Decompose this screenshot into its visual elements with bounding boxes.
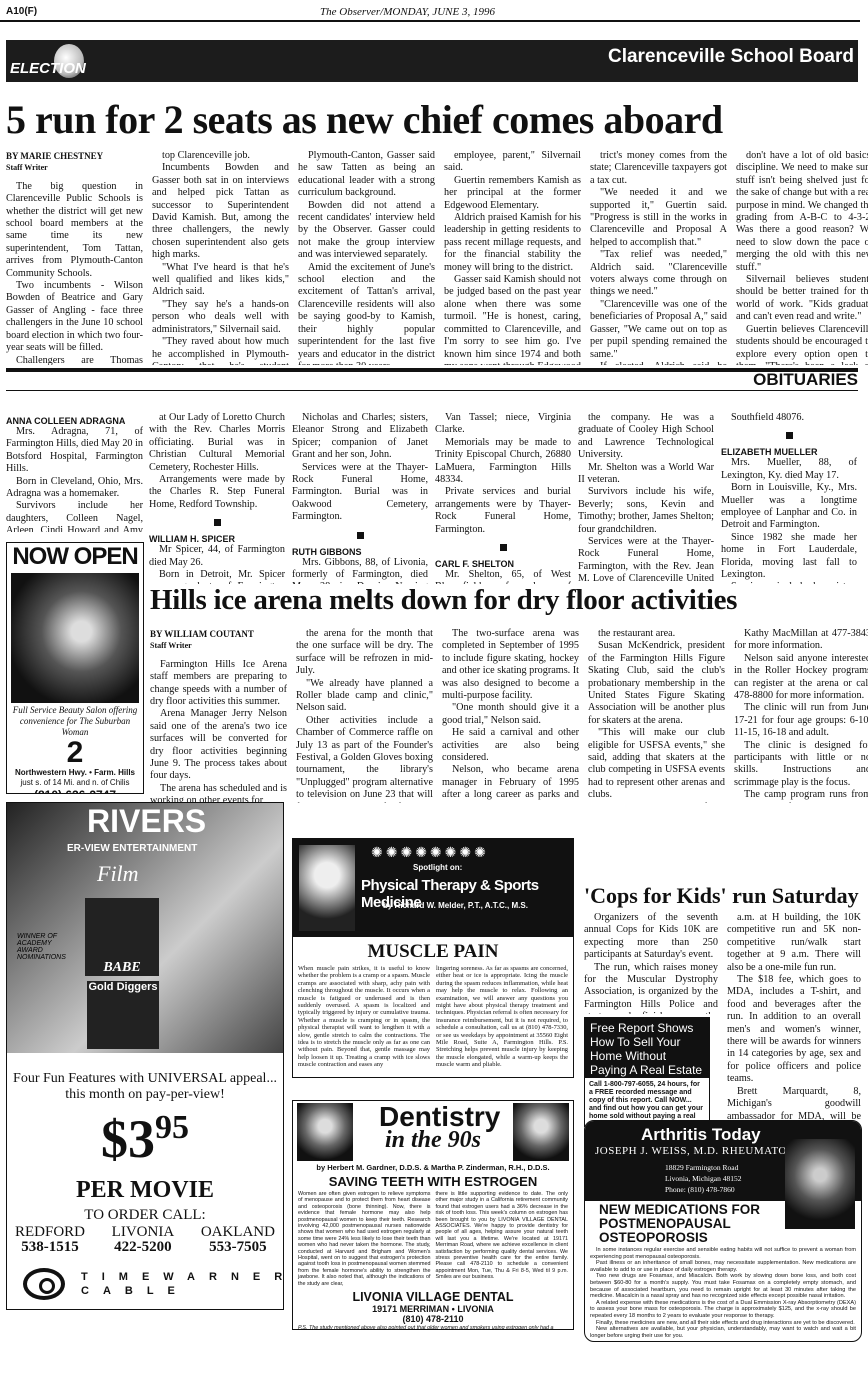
rivers-features: Four Fun Features with UNIVERSAL appeal.… <box>7 1071 283 1103</box>
city-phone: 422-5200 <box>112 1240 174 1255</box>
obit-paragraph: Services were at the Thayer-Rock Funeral… <box>292 462 428 524</box>
obit-paragraph: Born in Cleveland, Ohio, Mrs. Adragna wa… <box>6 476 143 501</box>
paragraph: Amid the excitement of June's school ele… <box>298 262 435 365</box>
obit-name: Anna Colleen Adragna <box>6 416 143 426</box>
arthritis-paragraph: In some instances regular exercise and s… <box>590 1247 856 1260</box>
separator-square-icon <box>357 532 364 539</box>
dental-address: 19171 MERRIMAN • LIVONIA <box>293 1304 573 1314</box>
arthritis-body: In some instances regular exercise and s… <box>585 1245 861 1341</box>
arthritis-doctor-photo <box>785 1139 855 1229</box>
city-livonia[interactable]: LIVONIA422-5200 <box>112 1225 174 1255</box>
paragraph: the arena for the month that the one sur… <box>296 628 433 678</box>
paragraph: The $18 fee, which goes to MDA, includes… <box>727 974 861 1086</box>
dent-col1: Women are often given estrogen to reliev… <box>298 1191 431 1287</box>
obit-paragraph: Services were at the Thayer-Rock Funeral… <box>578 536 714 584</box>
obit-column: at Our Lady of Loretto Church with the R… <box>149 412 285 584</box>
obit-paragraph: Born in Detroit, Mr. Spicer was a gradua… <box>149 569 285 584</box>
obit-paragraph: Mr Spicer, 44, of Farmington died May 26… <box>149 544 285 569</box>
obit-paragraph: Survivors include her sister-in-law, Hel… <box>721 581 857 584</box>
column: employee, parent," Silvernail said.Guert… <box>444 150 581 365</box>
column: The two-surface arena was completed in S… <box>442 628 579 803</box>
obit-paragraph: Memorials may be made to Trinity Episcop… <box>435 437 571 487</box>
obit-paragraph: Born in Louisville, Ky., Mrs. Mueller wa… <box>721 482 857 532</box>
paragraph: "What I've heard is that he's well quali… <box>152 262 289 299</box>
obit-column: Anna Colleen AdragnaMrs. Adragna, 71, of… <box>6 412 143 532</box>
city-phone: 553-7505 <box>201 1240 275 1255</box>
obit-paragraph: Van Tassel; niece, Virginia Clarke. <box>435 412 571 437</box>
obit-paragraph: at Our Lady of Loretto Church with the R… <box>149 412 285 474</box>
page-folio: A10(F) <box>6 6 37 17</box>
column: By William CoutantStaff WriterFarmington… <box>150 628 287 803</box>
price-cents: 95 <box>155 1109 189 1146</box>
paragraph: Guertin remembers Kamish as her principa… <box>444 175 581 212</box>
obit-name: Ruth Gibbons <box>292 547 428 557</box>
obit-paragraph: Arrangements were made by the Charles R.… <box>149 474 285 511</box>
salon-photo <box>11 573 139 703</box>
byline: By William Coutant <box>150 628 287 640</box>
banner-label: ELECTION <box>10 60 86 77</box>
paragraph: Incumbents Bowden and Gasser both sat in… <box>152 162 289 261</box>
column: don't have a lot of old basics, discipli… <box>736 150 868 365</box>
obit-column: Nicholas and Charles; sisters, Eleanor S… <box>292 412 428 584</box>
arthritis-addr1: 18829 Farmington Road <box>665 1163 738 1172</box>
paragraph: The two-surface arena was completed in S… <box>442 628 579 702</box>
salon-address: Northwestern Hwy. • Farm. Hills <box>7 768 143 778</box>
dent-col2: there is little supporting evidence to d… <box>436 1191 569 1287</box>
order-cities: REDFORD538-1515 LIVONIA422-5200 OAKLAND5… <box>15 1225 275 1255</box>
column: a.m. at H building, the 10K competitive … <box>727 912 861 1122</box>
arthritis-paragraph: A related expense with these medications… <box>590 1300 856 1320</box>
obit-paragraph: Mrs. Adragna, 71, of Farmington Hills, d… <box>6 426 143 476</box>
arthritis-paragraph: Past illness or an inheritance of small … <box>590 1260 856 1273</box>
dental-brand: LIVONIA VILLAGE DENTAL <box>293 1290 573 1304</box>
obit-paragraph: Mr. Shelton, 65, of West Bloomfield, for… <box>435 569 571 584</box>
paragraph: a.m. at H building, the 10K competitive … <box>727 912 861 974</box>
paragraph: "Tax relief was needed," Aldrich said. "… <box>590 249 727 299</box>
arthritis-paragraph: Finally, these medicines are new, and al… <box>590 1320 856 1327</box>
obit-paragraph: Mr. Shelton was a World War II veteran. <box>578 462 714 487</box>
arthritis-ad[interactable]: Arthritis Today JOSEPH J. WEISS, M.D. RH… <box>584 1120 862 1342</box>
brand-line1: TIMEWARNER <box>81 1270 284 1284</box>
obit-name: Elizabeth Mueller <box>721 447 857 457</box>
obit-paragraph: the company. He was a graduate of Cooley… <box>578 412 714 462</box>
rivers-award: WINNER OF ACADEMY AWARD NOMINATIONS <box>17 933 77 961</box>
timewarner-logo: TIMEWARNERCABLE <box>23 1268 284 1300</box>
separator-square-icon <box>786 432 793 439</box>
pt-header: ✺✺✺✺✺✺✺✺ Spotlight on: Physical Therapy … <box>293 839 573 937</box>
paragraph: Bowden did not attend a recent candidate… <box>298 200 435 262</box>
pt-spotlight: Spotlight on: <box>413 863 462 872</box>
poster-babe: BABE <box>85 898 159 976</box>
column: trict's money comes from the state; Clar… <box>590 150 727 365</box>
obit-paragraph: Since 1982 she made her home in Fort Lau… <box>721 532 857 582</box>
obit-paragraph: Southfield 48076. <box>721 412 857 424</box>
story1-headline: 5 run for 2 seats as new chief comes abo… <box>6 96 723 143</box>
paragraph: Silvernail believes students should be b… <box>736 274 868 324</box>
dateline: The Observer/MONDAY, JUNE 3, 1996 <box>320 6 495 18</box>
paragraph: The clinic is designed for participants … <box>734 740 868 790</box>
column: By Marie ChestneyStaff WriterThe big que… <box>6 150 143 365</box>
dentistry-headline: SAVING TEETH WITH ESTROGEN <box>293 1174 573 1189</box>
section-banner: ELECTION Clarenceville School Board <box>6 40 858 82</box>
dental-phone: (810) 478-2110 <box>293 1314 573 1324</box>
column: Kathy MacMillan at 477-3843 for more inf… <box>734 628 868 803</box>
arthritis-addr2: Livonia, Michigan 48152 <box>665 1174 741 1183</box>
paragraph: the restaurant area. <box>588 628 725 640</box>
byline: By Marie Chestney <box>6 150 143 162</box>
paragraph: Challengers are Thomas Aldrich of Brentw… <box>6 355 143 366</box>
arthritis-paragraph: Two new drugs are Fosamax, and Miacalcin… <box>590 1273 856 1299</box>
city-oakland[interactable]: OAKLAND553-7505 <box>201 1225 275 1255</box>
timewarner-ad[interactable]: RIVERS ER-VIEW ENTERTAINMENT Film WINNER… <box>6 802 284 1310</box>
dentistry-ad[interactable]: Dentistry in the 90s by Herbert M. Gardn… <box>292 1100 574 1330</box>
paragraph: He said a carnival and other activities … <box>442 727 579 764</box>
column: top Clarenceville job.Incumbents Bowden … <box>152 150 289 365</box>
obit-paragraph: Mrs. Gibbons, 88, of Livonia, formerly o… <box>292 557 428 584</box>
banner-section: Clarenceville School Board <box>608 46 854 68</box>
story2-headline: Hills ice arena melts down for dry floor… <box>150 584 737 617</box>
city-name: OAKLAND <box>201 1224 275 1240</box>
paragraph: The big question in Clarenceville Public… <box>6 181 143 280</box>
paragraph: top Clarenceville job. <box>152 150 289 162</box>
rivers-title: RIVERS <box>87 803 206 840</box>
paragraph: The arena has scheduled and is working o… <box>150 783 287 803</box>
physical-therapy-ad[interactable]: ✺✺✺✺✺✺✺✺ Spotlight on: Physical Therapy … <box>292 838 574 1078</box>
obit-name: Carl F. Shelton <box>435 559 571 569</box>
obit-paragraph: Survivors include her daughters, Colleen… <box>6 500 143 532</box>
price: $395 <box>7 1108 283 1170</box>
paragraph: "One month should give it a good trial,"… <box>442 702 579 727</box>
realestate-headline: Free Report Shows How To Sell Your Home … <box>585 1018 709 1078</box>
dentistry-subtitle: in the 90s <box>385 1127 481 1154</box>
paragraph: Organizers of the seventh annual Cops fo… <box>584 912 718 962</box>
obit-paragraph: Mrs. Mueller, 88, of Lexington, Ky. died… <box>721 457 857 482</box>
dentist-photo-1 <box>297 1103 353 1161</box>
column: Organizers of the seventh annual Cops fo… <box>584 912 718 1014</box>
paragraph: The camp program runs from June 24-28 fo… <box>734 789 868 803</box>
paragraph: trict's money comes from the state; Clar… <box>590 150 727 187</box>
city-name: LIVONIA <box>112 1224 174 1240</box>
staff-writer: Staff Writer <box>150 640 287 652</box>
salon-directions: just s. of 14 Mi. and n. of Chilis <box>7 778 143 788</box>
pt-headline: MUSCLE PAIN <box>293 941 573 963</box>
eye-logo-icon <box>23 1268 65 1300</box>
city-phone: 538-1515 <box>15 1240 85 1255</box>
obit-paragraph: Nicholas and Charles; sisters, Eleanor S… <box>292 412 428 462</box>
brand-line2: CABLE <box>81 1284 284 1298</box>
dentist-photo-2 <box>513 1103 569 1161</box>
salon-ad[interactable]: NOW OPEN Full Service Beauty Salon offer… <box>6 542 144 794</box>
pt-col1: When muscle pain strikes, it is useful t… <box>298 965 430 1069</box>
salon-headline: NOW OPEN <box>7 543 143 571</box>
paragraph: Brett Marquardt, 8, Michigan's goodwill … <box>727 1086 861 1122</box>
column: the arena for the month that the one sur… <box>296 628 433 803</box>
rivers-subtitle: ER-VIEW ENTERTAINMENT <box>67 843 197 854</box>
pt-byline: by Richard W. Melder, P.T., A.T.C., M.S. <box>383 901 528 910</box>
paragraph: Farmington Hills Ice Arena staff members… <box>150 659 287 709</box>
to-order-call: TO ORDER CALL: <box>7 1207 283 1224</box>
paragraph: The USFSA is the qualifying organization… <box>588 802 725 803</box>
paragraph: Guertin believes Clarenceville students … <box>736 324 868 365</box>
obit-name: William H. Spicer <box>149 534 285 544</box>
paragraph: Two incumbents - Wilson Bowden of Beatri… <box>6 280 143 354</box>
column: Plymouth-Canton, Gasser said he saw Tatt… <box>298 150 435 365</box>
obit-paragraph: Private services and burial arrangements… <box>435 486 571 536</box>
price-dollars: $3 <box>101 1109 155 1169</box>
arthritis-title: Arthritis Today <box>641 1125 761 1145</box>
paragraph: "Clarenceville was one of the beneficiar… <box>590 299 727 361</box>
separator-square-icon <box>500 544 507 551</box>
obituaries-rule <box>6 368 858 372</box>
paragraph: The clinic will run from June 17-21 for … <box>734 702 868 739</box>
paragraph: Gasser said Kamish should not be judged … <box>444 274 581 365</box>
paragraph: Other activities include a Chamber of Co… <box>296 715 433 803</box>
city-name: REDFORD <box>15 1224 85 1240</box>
arthritis-phone: Phone: (810) 478-7860 <box>665 1185 735 1194</box>
paragraph: don't have a lot of old basics, discipli… <box>736 150 868 274</box>
paragraph: Aldrich praised Kamish for his leadershi… <box>444 212 581 274</box>
obit-paragraph: Survivors include his wife, Beverly; son… <box>578 486 714 536</box>
paragraph: "We already have planned a Roller blade … <box>296 678 433 715</box>
pt-author-photo <box>299 845 355 931</box>
obit-column: Van Tassel; niece, Virginia Clarke.Memor… <box>435 412 571 584</box>
obituaries-underline <box>6 390 858 391</box>
paragraph: "We needed it and we supported it," Guer… <box>590 187 727 249</box>
arthritis-headline: NEW MEDICATIONS FOR POSTMENOPAUSAL OSTEO… <box>585 1203 770 1245</box>
dental-ps: P.S. The study mentioned above also poin… <box>293 1324 573 1330</box>
paragraph: Plymouth-Canton, Gasser said he saw Tatt… <box>298 150 435 200</box>
real-estate-ad[interactable]: Free Report Shows How To Sell Your Home … <box>584 1017 710 1127</box>
pt-col2: lingering soreness. As far as spasms are… <box>436 965 568 1069</box>
salon-tagline: Full Service Beauty Salon offering conve… <box>7 705 143 738</box>
paragraph: Kathy MacMillan at 477-3843 for more inf… <box>734 628 868 653</box>
paragraph: "They raved about how much he accomplish… <box>152 336 289 365</box>
separator-square-icon <box>214 519 221 526</box>
paragraph: "This will make our club eligible for US… <box>588 727 725 801</box>
paragraph: "They say he's a hands-on person who dea… <box>152 299 289 336</box>
paragraph: employee, parent," Silvernail said. <box>444 150 581 175</box>
paragraph: Susan McKendrick, president of the Farmi… <box>588 640 725 727</box>
obituaries-title: OBITUARIES <box>753 370 858 390</box>
salon-logo: 2 <box>7 738 143 768</box>
obit-column: the company. He was a graduate of Cooley… <box>578 412 714 584</box>
swirl-icons: ✺✺✺✺✺✺✺✺ <box>371 845 489 862</box>
rivers-film: Film <box>97 861 139 887</box>
column: the restaurant area.Susan McKendrick, pr… <box>588 628 725 803</box>
top-rule <box>0 20 860 22</box>
paragraph: Nelson, who became arena manager in Febr… <box>442 764 579 803</box>
dentistry-byline: by Herbert M. Gardner, D.D.S. & Martha P… <box>293 1163 573 1172</box>
arthritis-paragraph: New alternatives are available, but your… <box>590 1326 856 1339</box>
city-redford[interactable]: REDFORD538-1515 <box>15 1225 85 1255</box>
paragraph: If elected, Aldrich said he would work t… <box>590 361 727 365</box>
story3-headline: 'Cops for Kids' run Saturday <box>584 883 859 909</box>
salon-phone: (810) 626-2747 <box>7 788 143 794</box>
paragraph: The run, which raises money for the Musc… <box>584 962 718 1014</box>
per-movie: PER MOVIE <box>7 1177 283 1204</box>
poster-gold-diggers: Gold Diggers <box>87 981 159 1049</box>
staff-writer: Staff Writer <box>6 162 143 174</box>
paragraph: Arena Manager Jerry Nelson said one of t… <box>150 708 287 782</box>
paragraph: Nelson said anyone interested in the Rol… <box>734 653 868 703</box>
obit-column: Southfield 48076.Elizabeth MuellerMrs. M… <box>721 412 857 584</box>
dentistry-header: Dentistry in the 90s <box>293 1101 573 1163</box>
